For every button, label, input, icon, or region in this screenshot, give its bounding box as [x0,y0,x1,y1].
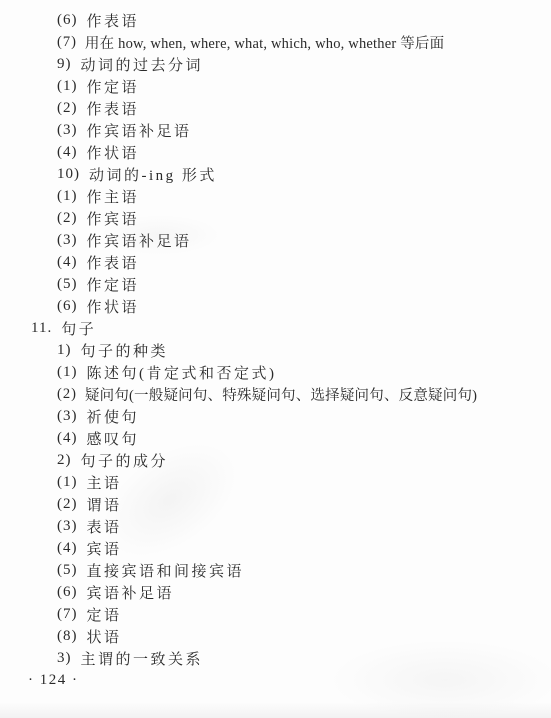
line-number: (3) [57,232,78,249]
line-text: 谓语 [87,494,122,515]
line-text: 表语 [87,516,122,537]
outline-line: 9)动词的过去分词 [0,53,551,75]
outline-line: (6)作状语 [0,295,551,317]
line-number: (4) [57,430,78,447]
line-text: 作主语 [87,186,140,207]
line-text: 作表语 [87,252,140,273]
page-number: · 124 · [28,669,79,691]
outline-line: (3)祈使句 [0,405,551,427]
outline-line: (2)作表语 [0,97,551,119]
line-text: 宾语补足语 [87,582,175,603]
line-text: 祈使句 [87,406,140,427]
line-number: (8) [57,628,78,645]
line-number: (3) [57,408,78,425]
line-number: (5) [57,276,78,293]
outline-line: (1)作主语 [0,185,551,207]
line-number: 1) [57,342,72,359]
line-number: (1) [57,474,78,491]
line-text: 作定语 [87,274,140,295]
line-number: (4) [57,254,78,271]
line-text: 陈述句(肯定式和否定式) [87,362,277,383]
line-text: 作宾语补足语 [87,120,192,141]
line-number: (1) [57,364,78,381]
outline-list: (6)作表语(7)用在 how, when, where, what, whic… [0,9,551,669]
outline-line: (5)作定语 [0,273,551,295]
line-number: (3) [57,518,78,535]
line-number: (6) [57,298,78,315]
line-text: 作状语 [87,142,140,163]
line-text: 句子的种类 [81,340,169,361]
outline-line: (3)作宾语补足语 [0,119,551,141]
outline-line: (4)宾语 [0,537,551,559]
outline-line: (1)作定语 [0,75,551,97]
book-page: (6)作表语(7)用在 how, when, where, what, whic… [0,0,551,718]
line-number: (6) [57,12,78,29]
line-number: (7) [57,34,77,51]
line-text: 主谓的一致关系 [81,648,204,669]
line-text: 直接宾语和间接宾语 [87,560,245,581]
line-number: (2) [57,386,77,403]
outline-line: (2)谓语 [0,493,551,515]
line-text: 定语 [87,604,122,625]
line-number: (1) [57,78,78,95]
line-text: 宾语 [87,538,122,559]
scan-shadow [0,702,551,718]
line-text: 感叹句 [87,428,140,449]
outline-line: (2)作宾语 [0,207,551,229]
line-number: (4) [57,144,78,161]
outline-line: (7)定语 [0,603,551,625]
outline-line: (6)宾语补足语 [0,581,551,603]
line-number: (4) [57,540,78,557]
line-number: (2) [57,100,78,117]
line-text: 作表语 [87,98,140,119]
outline-line: 2)句子的成分 [0,449,551,471]
outline-line: 3)主谓的一致关系 [0,647,551,669]
line-number: (3) [57,122,78,139]
line-text: 动词的过去分词 [81,54,204,75]
line-number: 11. [31,320,52,337]
line-number: 2) [57,452,72,469]
line-number: (2) [57,496,78,513]
outline-line: (6)作表语 [0,9,551,31]
line-text: 作表语 [87,10,140,31]
outline-line: (5)直接宾语和间接宾语 [0,559,551,581]
line-text: 句子 [61,318,96,339]
outline-line: (2)疑问句(一般疑问句、特殊疑问句、选择疑问句、反意疑问句) [0,383,551,405]
outline-line: (7)用在 how, when, where, what, which, who… [0,31,551,53]
line-number: (7) [57,606,78,623]
outline-line: 11.句子 [0,317,551,339]
line-number: 10) [57,166,80,183]
outline-line: (8)状语 [0,625,551,647]
line-number: (2) [57,210,78,227]
line-text: 状语 [87,626,122,647]
outline-line: (1)主语 [0,471,551,493]
line-text: 句子的成分 [81,450,169,471]
line-number: (5) [57,562,78,579]
line-text: 动词的-ing 形式 [89,164,217,185]
outline-line: (3)表语 [0,515,551,537]
line-text: 主语 [87,472,122,493]
line-number: (6) [57,584,78,601]
outline-line: (4)感叹句 [0,427,551,449]
line-text: 作宾语补足语 [87,230,192,251]
line-number: 3) [57,650,72,667]
line-text: 疑问句(一般疑问句、特殊疑问句、选择疑问句、反意疑问句) [85,384,477,405]
outline-line: 1)句子的种类 [0,339,551,361]
outline-line: (4)作表语 [0,251,551,273]
line-text: 作状语 [87,296,140,317]
line-text: 作定语 [87,76,140,97]
line-text: 作宾语 [87,208,140,229]
line-number: 9) [57,56,72,73]
line-text: 用在 how, when, where, what, which, who, w… [85,32,444,53]
outline-line: 10)动词的-ing 形式 [0,163,551,185]
outline-line: (1)陈述句(肯定式和否定式) [0,361,551,383]
outline-line: (3)作宾语补足语 [0,229,551,251]
outline-line: (4)作状语 [0,141,551,163]
line-number: (1) [57,188,78,205]
